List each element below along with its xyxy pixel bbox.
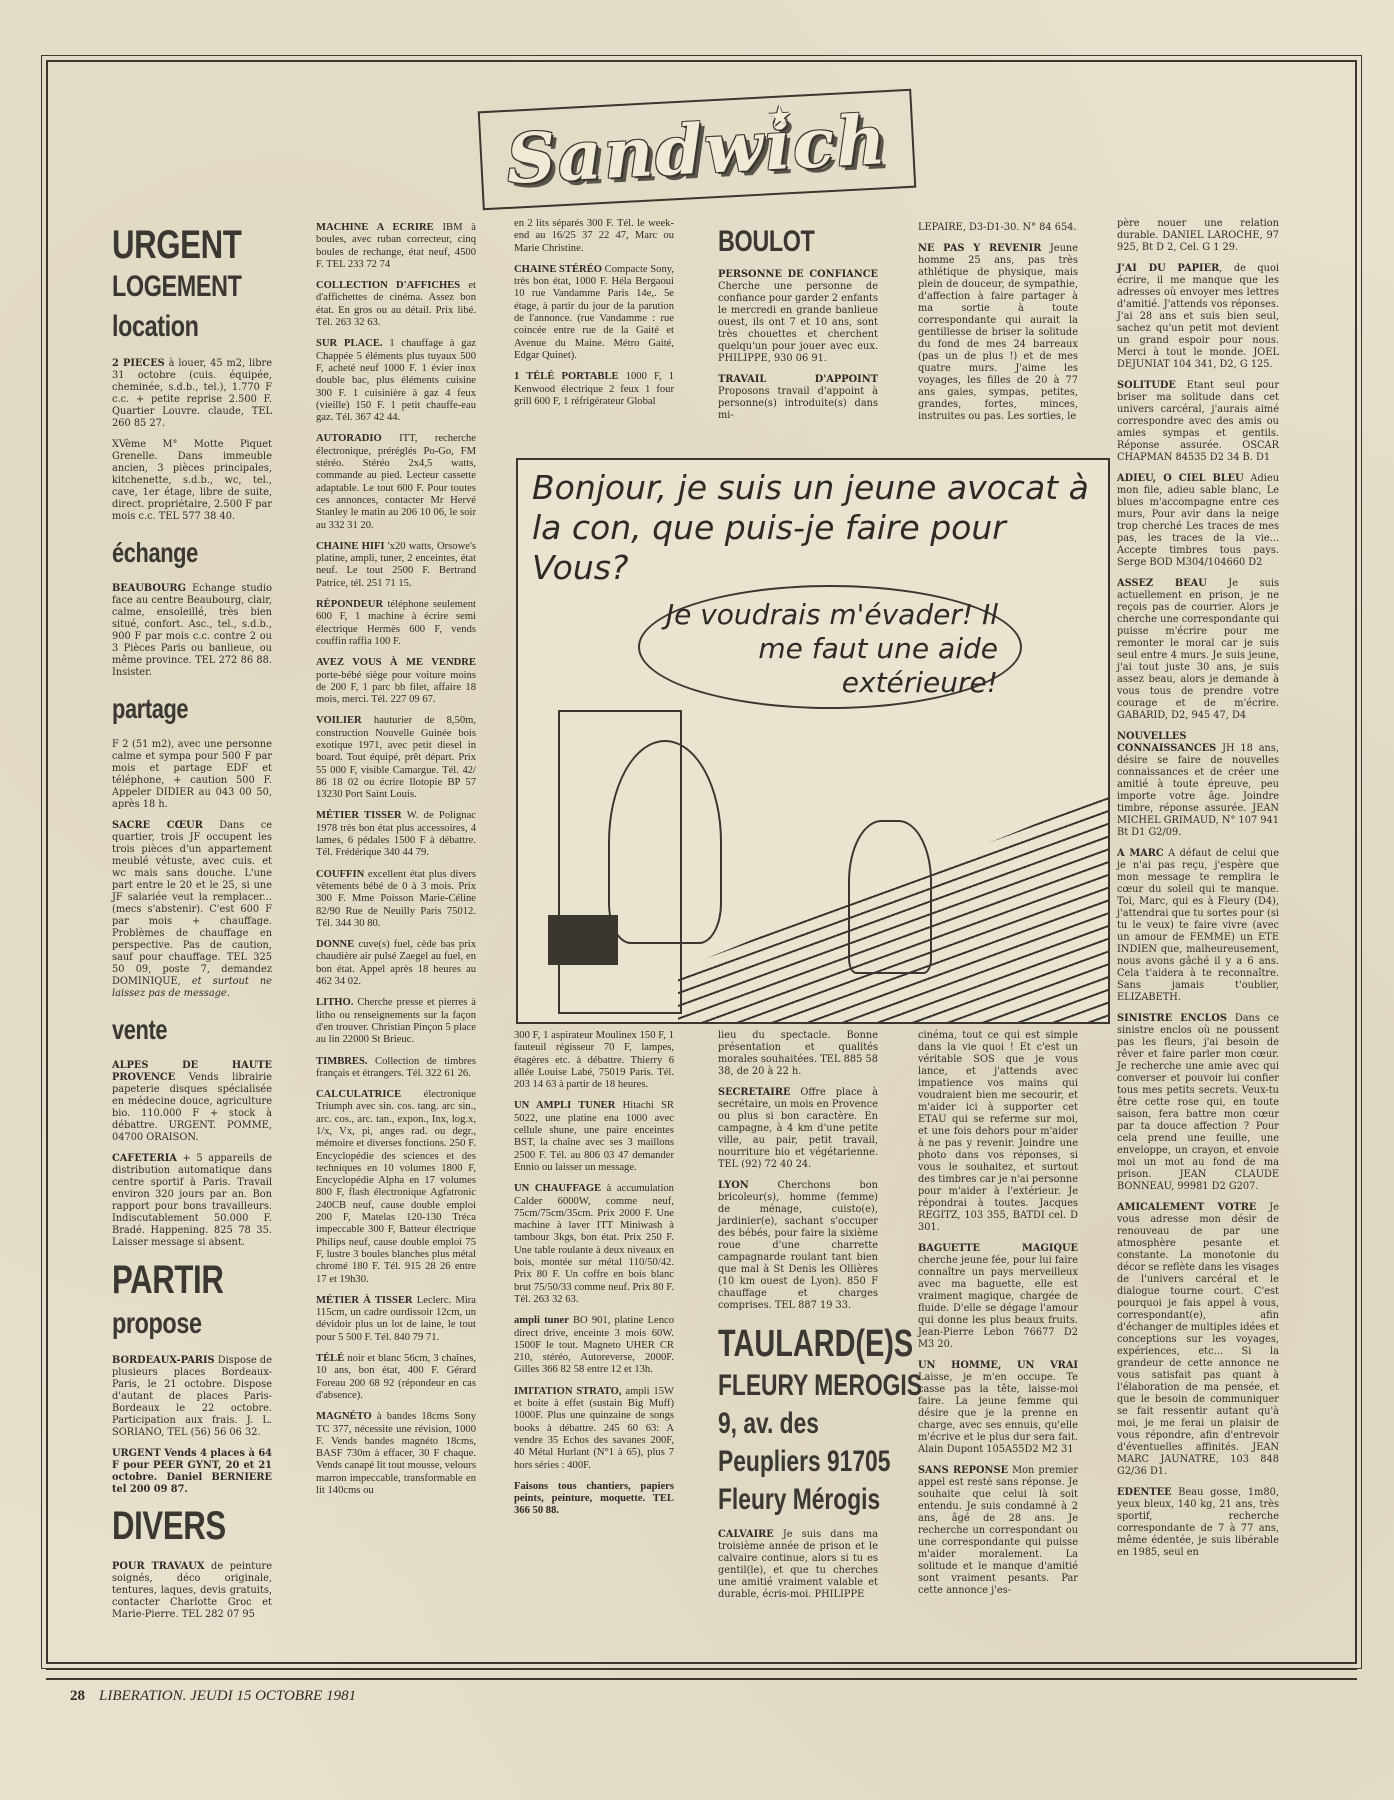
taulard-line-1: TAULARD(E)S xyxy=(718,1321,840,1367)
classified-ad: SECRETAIRE Offre place à secrétaire, un … xyxy=(718,1087,878,1171)
classified-ad: IMITATION STRATO, ampli 15W et boite à e… xyxy=(514,1386,674,1472)
classified-ad: CHAINE STÉRÉO Compacte Sony, très bon ét… xyxy=(514,264,674,362)
ad-body: Proposons travail d'appoint à personne(s… xyxy=(718,386,878,421)
ad-lead: 2 PIECES xyxy=(112,358,165,369)
ad-body: Dans ce quartier, trois JF occupent les … xyxy=(112,820,272,987)
ad-lead: SUR PLACE. xyxy=(316,338,383,349)
classified-ad: COUFFIN excellent état plus divers vêtem… xyxy=(316,869,476,930)
ad-lead: EDENTEE xyxy=(1117,1487,1172,1498)
heading-partage: partage xyxy=(112,693,237,725)
ad-body: hauturier de 8,50m, construction Nouvell… xyxy=(316,715,476,800)
classified-ad: NE PAS Y REVENIR Jeune homme 25 ans, pas… xyxy=(918,243,1078,423)
classified-ad: SANS REPONSE Mon premier appel est resté… xyxy=(918,1465,1078,1597)
classified-ad: BAGUETTE MAGIQUE cherche jeune fée, pour… xyxy=(918,1243,1078,1351)
classified-ad: SUR PLACE. 1 chauffage à gaz Chappée 5 é… xyxy=(316,338,476,424)
classified-ad: XVème M° Motte Piquet Grenelle. Dans imm… xyxy=(112,439,272,523)
lawyer-character-drawing xyxy=(848,820,932,974)
ad-body: Mon premier appel est resté sans réponse… xyxy=(918,1465,1078,1596)
classified-ad: cinéma, tout ce qui est simple dans la v… xyxy=(918,1030,1078,1234)
ad-lead: 1 TÉLÉ PORTABLE xyxy=(514,371,619,382)
ad-body: XVème M° Motte Piquet Grenelle. Dans imm… xyxy=(112,439,272,522)
ad-body: 1 chauffage à gaz Chappée 5 éléments plu… xyxy=(316,338,476,423)
heading-logement: LOGEMENT xyxy=(112,270,237,304)
ad-lead: SACRE CŒUR xyxy=(112,820,203,831)
classified-ad: SOLITUDE Etant seul pour briser ma solit… xyxy=(1117,380,1279,464)
ad-lead: UN CHAUFFAGE xyxy=(514,1183,601,1194)
ad-body: Laisse, je m'en occupe. Te casse pas la … xyxy=(918,1372,1078,1455)
heading-vente: vente xyxy=(112,1014,237,1046)
ad-body: Compacte Sony, très bon état, 1000 F. Hé… xyxy=(514,264,674,361)
ad-lead: MACHINE A ECRIRE xyxy=(316,222,434,233)
classified-ad: Faisons tous chantiers, papiers peints, … xyxy=(514,1481,674,1518)
ad-lead: COLLECTION D'AFFICHES xyxy=(316,280,460,291)
ad-body: Adieu mon file, adieu sable blanc, Le bl… xyxy=(1117,473,1279,568)
classified-ad: POUR TRAVAUX de peinture soignés, déco o… xyxy=(112,1561,272,1621)
ad-lead: A MARC xyxy=(1117,848,1164,859)
classified-ad: 300 F, 1 aspirateur Moulinex 150 F, 1 fa… xyxy=(514,1030,674,1091)
ad-lead: MÉTIER À TISSER xyxy=(316,1295,413,1306)
heading-boulot: BOULOT xyxy=(718,225,843,259)
ad-lead: ampli tuner xyxy=(514,1315,569,1326)
column-1: URGENT LOGEMENT location 2 PIECES à loue… xyxy=(112,218,272,1630)
classified-ad: DONNE cuve(s) fuel, cède bas prix chaudi… xyxy=(316,939,476,988)
column-3-top: en 2 lits séparés 300 F. Tél. le week-en… xyxy=(514,218,674,417)
taulard-line-2: FLEURY MEROGIS xyxy=(718,1367,840,1405)
classified-ad: 2 PIECES à louer, 45 m2, libre 31 octobr… xyxy=(112,358,272,430)
ad-body: à accumulation Calder 6000W, comme neuf,… xyxy=(514,1183,674,1305)
ad-lead: LYON xyxy=(718,1180,749,1191)
classified-ad: LYON Cherchons bon bricoleur(s), homme (… xyxy=(718,1180,878,1312)
ad-lead: LITHO. xyxy=(316,997,353,1008)
ad-lead: TÉLÉ xyxy=(316,1353,344,1364)
page-frame-bottom-rule xyxy=(46,1668,1357,1680)
classified-ad: UN CHAUFFAGE à accumulation Calder 6000W… xyxy=(514,1183,674,1306)
classified-ad: BORDEAUX-PARIS Dispose de plusieurs plac… xyxy=(112,1355,272,1439)
classified-ad: CAFETERIA + 5 appareils de distribution … xyxy=(112,1153,272,1249)
ad-lead: CHAINE HIFI xyxy=(316,541,385,552)
ad-body: , de quoi écrire, il me manque que les a… xyxy=(1117,263,1279,370)
classified-ad: ampli tuner BO 901, platine Lenco direct… xyxy=(514,1315,674,1376)
ad-lead: DONNE xyxy=(316,939,354,950)
ad-lead: URGENT Vends 4 places à 64 F pour PEER G… xyxy=(112,1448,272,1495)
classified-ad: J'AI DU PAPIER, de quoi écrire, il me ma… xyxy=(1117,263,1279,371)
classified-ad: MÉTIER TISSER W. de Polignac 1978 très b… xyxy=(316,810,476,859)
taulard-heading: TAULARD(E)S FLEURY MEROGIS 9, av. des Pe… xyxy=(718,1321,840,1519)
ad-lead: RÉPONDEUR xyxy=(316,599,383,610)
page-number: 28 xyxy=(70,1688,85,1704)
classified-ad: AMICALEMENT VOTRE Je vous adresse mon dé… xyxy=(1117,1202,1279,1478)
ad-body: Je suis actuellement en prison, je ne re… xyxy=(1117,578,1279,721)
ads-column-5-bottom: cinéma, tout ce qui est simple dans la v… xyxy=(918,1030,1078,1597)
classified-ad: CALCULATRICE électronique Triumph avec s… xyxy=(316,1089,476,1286)
ad-lead: UN HOMME, UN VRAI xyxy=(918,1360,1078,1371)
classified-ad: NOUVELLES CONNAISSANCES JH 18 ans, désir… xyxy=(1117,731,1279,839)
classified-ad: ALPES DE HAUTE PROVENCE Vends librairie … xyxy=(112,1060,272,1144)
ad-lead: BORDEAUX-PARIS xyxy=(112,1355,215,1366)
ad-body: A défaut de celui que je n'ai pas reçu, … xyxy=(1117,848,1279,1003)
classified-ad: AUTORADIO ITT, recherche électronique, p… xyxy=(316,433,476,531)
classified-ad: SACRE CŒUR Dans ce quartier, trois JF oc… xyxy=(112,820,272,1000)
ad-lead: NE PAS Y REVENIR xyxy=(918,243,1041,254)
column-5-bottom: cinéma, tout ce qui est simple dans la v… xyxy=(918,1030,1078,1606)
classified-ad: UN AMPLI TUNER Hitachi SR 5022, une plat… xyxy=(514,1100,674,1174)
ad-lead: TIMBRES. xyxy=(316,1056,368,1067)
classified-ad: LEPAIRE, D3-D1-30. N° 84 654. xyxy=(918,222,1078,234)
classified-ad: EDENTEE Beau gosse, 1m80, yeux bleux, 14… xyxy=(1117,1487,1279,1559)
taulard-line-4: Peupliers 91705 xyxy=(718,1443,840,1481)
ads-partir: BORDEAUX-PARIS Dispose de plusieurs plac… xyxy=(112,1355,272,1496)
ad-body: F 2 (51 m2), avec une personne calme et … xyxy=(112,739,272,810)
ad-lead: ASSEZ BEAU xyxy=(1117,578,1207,589)
heading-partir: PARTIR xyxy=(112,1259,237,1301)
ad-lead: CALCULATRICE xyxy=(316,1089,401,1100)
ad-body: en 2 lits séparés 300 F. Tél. le week-en… xyxy=(514,218,674,254)
ad-calvaire: CALVAIRE Je suis dans ma troisième année… xyxy=(718,1529,878,1601)
ads-column-2: MACHINE A ECRIRE IBM à boules, avec ruba… xyxy=(316,222,476,1497)
ad-body: Cherchons bon bricoleur(s), homme (femme… xyxy=(718,1180,878,1311)
ad-lead: TRAVAIL D'APPOINT xyxy=(718,374,878,385)
classified-ad: 1 TÉLÉ PORTABLE 1000 F, 1 Kenwood électr… xyxy=(514,371,674,408)
ad-body: lieu du spectacle. Bonne présentation et… xyxy=(718,1030,878,1077)
ad-lead: IMITATION STRATO, xyxy=(514,1386,622,1397)
briefcase-drawing xyxy=(548,915,618,965)
classified-ad: père nouer une relation durable. DANIEL … xyxy=(1117,218,1279,254)
ad-lead: POUR TRAVAUX xyxy=(112,1561,204,1572)
classified-ad: VOILIER hauturier de 8,50m, construction… xyxy=(316,715,476,801)
classified-ad: UN HOMME, UN VRAI Laisse, je m'en occupe… xyxy=(918,1360,1078,1456)
ad-body: électronique Triumph avec sin. cos. tang… xyxy=(316,1089,476,1284)
taulard-line-3: 9, av. des xyxy=(718,1405,840,1443)
ad-body: cherche jeune fée, pour lui faire connaî… xyxy=(918,1255,1078,1350)
ads-column-4-top: PERSONNE DE CONFIANCE Cherche une person… xyxy=(718,269,878,422)
ads-column-3-bottom: 300 F, 1 aspirateur Moulinex 150 F, 1 fa… xyxy=(514,1030,674,1518)
comic-illustration: Bonjour, je suis un jeune avocat à la co… xyxy=(516,458,1110,1024)
heading-urgent: URGENT xyxy=(112,224,237,266)
column-3-bottom: 300 F, 1 aspirateur Moulinex 150 F, 1 fa… xyxy=(514,1030,674,1527)
classified-ad: A MARC A défaut de celui que je n'ai pas… xyxy=(1117,848,1279,1004)
ad-body: Dispose de plusieurs places Bordeaux-Par… xyxy=(112,1355,272,1438)
classified-ad: F 2 (51 m2), avec une personne calme et … xyxy=(112,739,272,811)
page-footer: 28LIBERATION. JEUDI 15 OCTOBRE 1981 xyxy=(70,1688,356,1705)
ad-lead: VOILIER xyxy=(316,715,362,726)
ads-column-4-bottom: lieu du spectacle. Bonne présentation et… xyxy=(718,1030,878,1312)
classified-ad: AVEZ VOUS À ME VENDRE porte-bébé siège p… xyxy=(316,657,476,706)
ad-lead: BEAUBOURG xyxy=(112,583,186,594)
column-5-top: LEPAIRE, D3-D1-30. N° 84 654.NE PAS Y RE… xyxy=(918,222,1078,432)
speech-bubble-prisoner: Je voudrais m'évader! Il me faut une aid… xyxy=(658,598,998,700)
ads-column-5-top: LEPAIRE, D3-D1-30. N° 84 654.NE PAS Y RE… xyxy=(918,222,1078,423)
ad-lead: MÉTIER TISSER xyxy=(316,810,402,821)
ads-column-3-top: en 2 lits séparés 300 F. Tél. le week-en… xyxy=(514,218,674,408)
ads-partage: F 2 (51 m2), avec une personne calme et … xyxy=(112,739,272,1000)
classified-ad: ASSEZ BEAU Je suis actuellement en priso… xyxy=(1117,578,1279,722)
column-4-top: BOULOT PERSONNE DE CONFIANCE Cherche une… xyxy=(718,225,878,431)
ad-body: Jeune homme 25 ans, pas très athlétique … xyxy=(918,243,1078,422)
ad-lead: NOUVELLES CONNAISSANCES xyxy=(1117,731,1216,754)
ad-lead: SECRETAIRE xyxy=(718,1087,791,1098)
publication-dateline: LIBERATION. JEUDI 15 OCTOBRE 1981 xyxy=(99,1688,356,1704)
heading-location: location xyxy=(112,310,237,344)
ad-body: Echange studio face au centre Beaubourg,… xyxy=(112,583,272,678)
masthead-title: Sandwich xyxy=(504,100,889,200)
ad-body: Etant seul pour briser ma solitude dans … xyxy=(1117,380,1279,463)
classified-ad: CHAINE HIFI 'x20 watts, Orsowe's platine… xyxy=(316,541,476,590)
column-6: père nouer une relation durable. DANIEL … xyxy=(1117,218,1279,1568)
ad-body: LEPAIRE, D3-D1-30. N° 84 654. xyxy=(918,222,1077,233)
ad-body: père nouer une relation durable. DANIEL … xyxy=(1117,218,1279,253)
heading-divers: DIVERS xyxy=(112,1505,237,1547)
ad-body: Cherche une personne de confiance pour g… xyxy=(718,281,878,364)
ad-lead: COUFFIN xyxy=(316,869,364,880)
heading-propose: propose xyxy=(112,1307,237,1341)
ad-body: + 5 appareils de distribution automatiqu… xyxy=(112,1153,272,1248)
classified-ad: TRAVAIL D'APPOINT Proposons travail d'ap… xyxy=(718,374,878,422)
ad-body: ampli 15W et boite à effet (sustain Big … xyxy=(514,1386,674,1471)
ad-lead: AUTORADIO xyxy=(316,433,382,444)
ad-body: porte-bébé siège pour voiture moins de 2… xyxy=(316,670,476,706)
ad-lead: SINISTRE ENCLOS xyxy=(1117,1013,1227,1024)
taulard-line-5: Fleury Mérogis xyxy=(718,1481,840,1519)
ad-lead: BAGUETTE MAGIQUE xyxy=(918,1243,1078,1254)
classified-ad: ADIEU, O CIEL BLEU Adieu mon file, adieu… xyxy=(1117,473,1279,569)
newspaper-page: Sandwich ★ URGENT LOGEMENT location 2 PI… xyxy=(0,0,1394,1800)
ads-location: 2 PIECES à louer, 45 m2, libre 31 octobr… xyxy=(112,358,272,523)
heading-echange: échange xyxy=(112,537,237,569)
ads-echange: BEAUBOURG Echange studio face au centre … xyxy=(112,583,272,679)
column-2: MACHINE A ECRIRE IBM à boules, avec ruba… xyxy=(316,222,476,1506)
ad-body: Dans ce sinistre enclos où ne poussent p… xyxy=(1117,1013,1279,1192)
ads-divers: POUR TRAVAUX de peinture soignés, déco o… xyxy=(112,1561,272,1621)
ad-body: Offre place à secrétaire, un mois en Pro… xyxy=(718,1087,878,1170)
star-icon: ★ xyxy=(766,99,793,134)
ad-lead: SOLITUDE xyxy=(1117,380,1176,391)
ad-lead: CHAINE STÉRÉO xyxy=(514,264,602,275)
ads-column-6: père nouer une relation durable. DANIEL … xyxy=(1117,218,1279,1559)
ad-lead: AMICALEMENT VOTRE xyxy=(1117,1202,1256,1213)
classified-ad: MACHINE A ECRIRE IBM à boules, avec ruba… xyxy=(316,222,476,271)
ad-body: JH 18 ans, désire se faire de nouvelles … xyxy=(1117,743,1279,838)
ad-lead: Faisons tous chantiers, papiers peints, … xyxy=(514,1481,674,1517)
ad-body: ITT, recherche électronique, préréglés P… xyxy=(316,433,476,530)
column-4-bottom: lieu du spectacle. Bonne présentation et… xyxy=(718,1030,878,1610)
classified-ad: BEAUBOURG Echange studio face au centre … xyxy=(112,583,272,679)
classified-ad: MÉTIER À TISSER Leclerc. Mira 115cm, un … xyxy=(316,1295,476,1344)
classified-ad: RÉPONDEUR téléphone seulement 600 F, 1 m… xyxy=(316,599,476,648)
ad-body: Je vous adresse mon désir de renouveau d… xyxy=(1117,1202,1279,1477)
classified-ad: lieu du spectacle. Bonne présentation et… xyxy=(718,1030,878,1078)
ad-body: à bandes 18cms Sony TC 377, nécessite un… xyxy=(316,1411,476,1496)
ad-lead: PERSONNE DE CONFIANCE xyxy=(718,269,878,280)
classified-ad: MAGNÉTO à bandes 18cms Sony TC 377, néce… xyxy=(316,1411,476,1497)
ad-lead: J'AI DU PAPIER xyxy=(1117,263,1219,274)
classified-ad: LITHO. Cherche presse et pierres à litho… xyxy=(316,997,476,1046)
ad-body: 300 F, 1 aspirateur Moulinex 150 F, 1 fa… xyxy=(514,1030,674,1090)
classified-ad: TÉLÉ noir et blanc 56cm, 3 chaînes, 10 a… xyxy=(316,1353,476,1402)
classified-ad: TIMBRES. Collection de timbres français … xyxy=(316,1056,476,1081)
classified-ad: URGENT Vends 4 places à 64 F pour PEER G… xyxy=(112,1448,272,1496)
ad-lead: AVEZ VOUS À ME VENDRE xyxy=(316,657,476,668)
ad-lead: MAGNÉTO xyxy=(316,1411,372,1422)
ad-lead: CAFETERIA xyxy=(112,1153,177,1164)
ad-body: cinéma, tout ce qui est simple dans la v… xyxy=(918,1030,1078,1233)
ads-vente: ALPES DE HAUTE PROVENCE Vends librairie … xyxy=(112,1060,272,1249)
speech-bubble-lawyer: Bonjour, je suis un jeune avocat à la co… xyxy=(532,468,1092,588)
ad-lead: SANS REPONSE xyxy=(918,1465,1008,1476)
ad-lead: ADIEU, O CIEL BLEU xyxy=(1117,473,1244,484)
prisoner-character-drawing xyxy=(608,740,722,944)
classified-ad: SINISTRE ENCLOS Dans ce sinistre enclos … xyxy=(1117,1013,1279,1193)
classified-ad: PERSONNE DE CONFIANCE Cherche une person… xyxy=(718,269,878,365)
classified-ad: en 2 lits séparés 300 F. Tél. le week-en… xyxy=(514,218,674,255)
ad-lead: UN AMPLI TUNER xyxy=(514,1100,615,1111)
classified-ad: COLLECTION D'AFFICHES et d'affichettes d… xyxy=(316,280,476,329)
